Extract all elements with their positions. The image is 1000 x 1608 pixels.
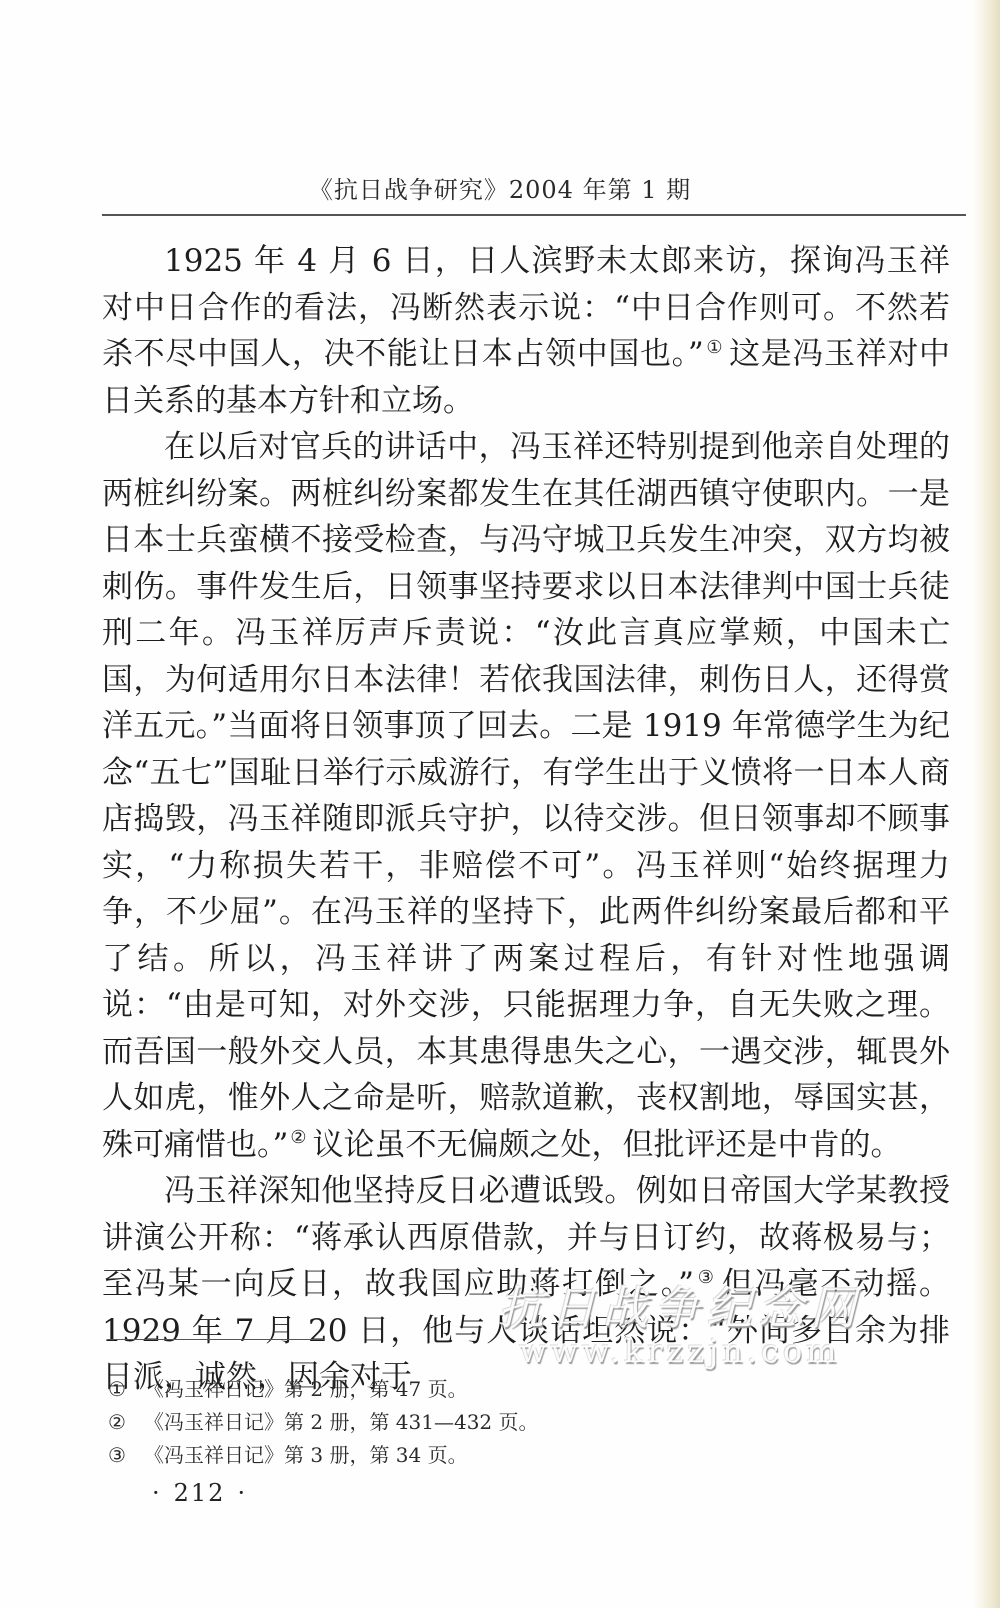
running-head: 《抗日战争研究》2004 年第 1 期 [0,170,1000,205]
article-body: 1925 年 4 月 6 日，日人滨野未太郎来访，探询冯玉祥对中日合作的看法，冯… [102,238,950,1401]
footnote-separator [108,1339,324,1340]
footnote-text: 《冯玉祥日记》第 3 册，第 34 页。 [144,1439,468,1472]
footnote-ref-1[interactable]: ① [706,337,723,358]
bullet-dot-icon: · [237,1479,247,1507]
footnotes: ① 《冯玉祥日记》第 2 册，第 47 页。 ② 《冯玉祥日记》第 2 册，第 … [108,1373,808,1472]
footnote-mark: ① [108,1373,144,1406]
bullet-dot-icon: · [152,1479,162,1507]
header-rule [102,214,966,216]
paragraph-1: 1925 年 4 月 6 日，日人滨野未太郎来访，探询冯玉祥对中日合作的看法，冯… [102,238,950,424]
paragraph-text: 议论虽不无偏颇之处，但批评还是中肯的。 [313,1127,902,1163]
footnote-3: ③ 《冯玉祥日记》第 3 册，第 34 页。 [108,1439,808,1472]
paragraph-2: 在以后对官兵的讲话中，冯玉祥还特别提到他亲自处理的两桩纠纷案。两桩纠纷案都发生在… [102,424,950,1168]
page-number-value: 212 [174,1479,226,1507]
footnote-2: ② 《冯玉祥日记》第 2 册，第 431—432 页。 [108,1406,808,1439]
footnote-ref-2[interactable]: ② [290,1127,306,1148]
page-number: ·212· [140,1479,259,1507]
page-binding-edge [972,0,1000,1608]
footnote-ref-3[interactable]: ③ [696,1267,716,1288]
footnote-text: 《冯玉祥日记》第 2 册，第 431—432 页。 [144,1406,539,1439]
paragraph-text: 在以后对官兵的讲话中，冯玉祥还特别提到他亲自处理的两桩纠纷案。两桩纠纷案都发生在… [102,429,950,1163]
footnote-mark: ② [108,1406,144,1439]
footnote-text: 《冯玉祥日记》第 2 册，第 47 页。 [144,1373,468,1406]
paragraph-3: 冯玉祥深知他坚持反日必遭诋毁。例如日帝国大学某教授讲演公开称：“蒋承认西原借款，… [102,1168,950,1401]
footnote-mark: ③ [108,1439,144,1472]
footnote-1: ① 《冯玉祥日记》第 2 册，第 47 页。 [108,1373,808,1406]
